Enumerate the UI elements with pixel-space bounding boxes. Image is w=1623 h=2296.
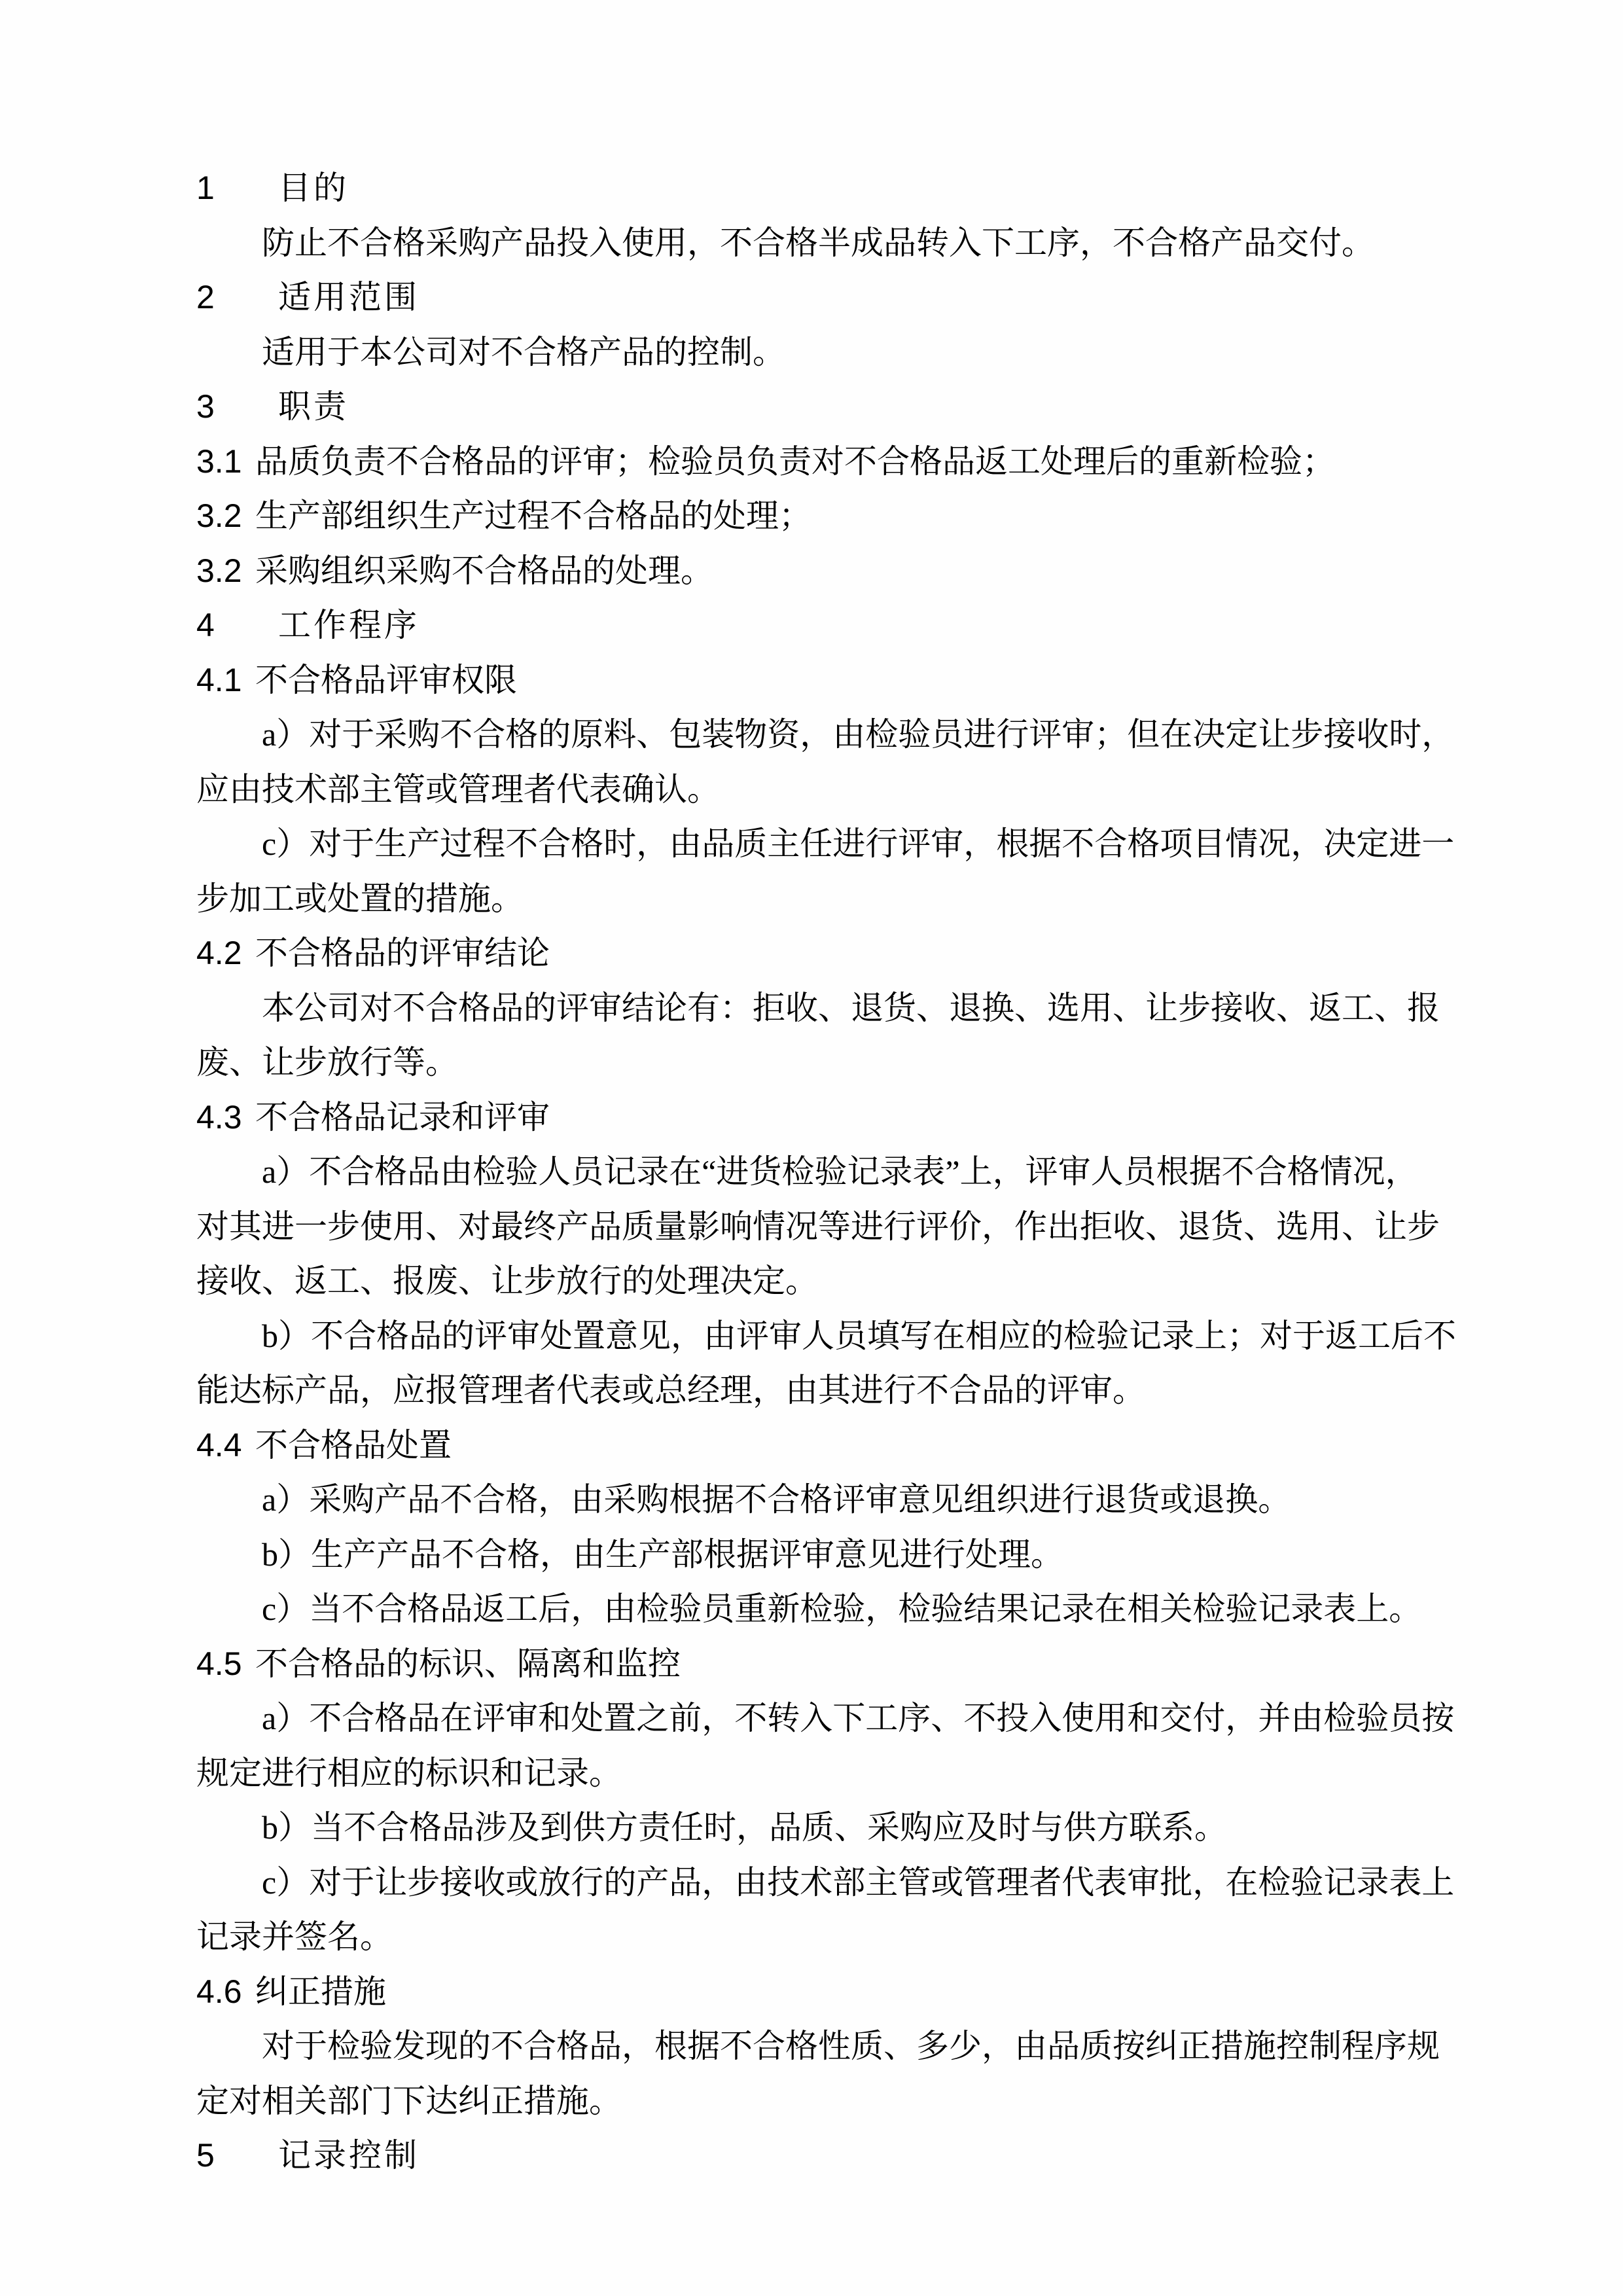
paragraph-line: a）不合格品由检验人员记录在“进货检验记录表”上，评审人员根据不合格情况， <box>196 1145 1433 1200</box>
section-number: 4.3 <box>196 1090 255 1145</box>
line-text: b）当不合格品涉及到供方责任时，品质、采购应及时与供方联系。 <box>262 1809 1227 1846</box>
paragraph-line: 能达标产品，应报管理者代表或总经理，由其进行不合品的评审。 <box>196 1363 1433 1418</box>
line-text: 对其进一步使用、对最终产品质量影响情况等进行评价，作出拒收、退货、选用、让步 <box>196 1208 1440 1245</box>
section-number: 4.2 <box>196 926 255 981</box>
section-heading: 3职责 <box>196 380 1433 435</box>
paragraph-line: b）生产产品不合格，由生产部根据评审意见进行处理。 <box>196 1528 1433 1583</box>
paragraph-line: 定对相关部门下达纠正措施。 <box>196 2074 1433 2129</box>
section-number: 3.1 <box>196 435 255 490</box>
subsection-heading: 3.1品质负责不合格品的评审；检验员负责对不合格品返工处理后的重新检验； <box>196 435 1433 490</box>
paragraph-line: 规定进行相应的标识和记录。 <box>196 1746 1433 1801</box>
section-number: 1 <box>196 161 278 216</box>
section-number: 4.1 <box>196 653 255 708</box>
subsection-heading: 4.1不合格品评审权限 <box>196 653 1433 708</box>
line-text: b）生产产品不合格，由生产部根据评审意见进行处理。 <box>262 1536 1063 1573</box>
section-number: 5 <box>196 2128 278 2183</box>
paragraph-line: 废、让步放行等。 <box>196 1035 1433 1090</box>
section-number: 3.2 <box>196 544 255 599</box>
paragraph-line: a）采购产品不合格，由采购根据不合格评审意见组织进行退货或退换。 <box>196 1473 1433 1528</box>
paragraph-line: 记录并签名。 <box>196 1910 1433 1965</box>
line-text: 采购组织采购不合格品的处理。 <box>255 552 713 589</box>
line-text: 工作程序 <box>278 607 419 643</box>
line-text: c）对于生产过程不合格时，由品质主任进行评审，根据不合格项目情况，决定进一 <box>262 825 1454 862</box>
paragraph-line: a）不合格品在评审和处置之前，不转入下工序、不投入使用和交付，并由检验员按 <box>196 1691 1433 1746</box>
line-text: 记录控制 <box>278 2137 419 2174</box>
paragraph-line: c）当不合格品返工后，由检验员重新检验，检验结果记录在相关检验记录表上。 <box>196 1582 1433 1637</box>
section-heading: 4工作程序 <box>196 598 1433 653</box>
line-text: 不合格品的标识、隔离和监控 <box>255 1645 681 1682</box>
subsection-heading: 4.2不合格品的评审结论 <box>196 926 1433 981</box>
paragraph-line: 适用于本公司对不合格产品的控制。 <box>196 325 1433 380</box>
section-heading: 5记录控制 <box>196 2128 1433 2183</box>
section-number: 4.4 <box>196 1418 255 1473</box>
line-text: b）不合格品的评审处置意见，由评审人员填写在相应的检验记录上；对于返工后不 <box>262 1318 1456 1354</box>
paragraph-line: 对其进一步使用、对最终产品质量影响情况等进行评价，作出拒收、退货、选用、让步 <box>196 1200 1433 1255</box>
paragraph-line: 应由技术部主管或管理者代表确认。 <box>196 762 1433 817</box>
subsection-heading: 4.3不合格品记录和评审 <box>196 1090 1433 1145</box>
section-number: 4.6 <box>196 1965 255 2020</box>
line-text: 记录并签名。 <box>196 1918 393 1955</box>
paragraph-line: c）对于生产过程不合格时，由品质主任进行评审，根据不合格项目情况，决定进一 <box>196 817 1433 872</box>
section-number: 4 <box>196 598 278 653</box>
document-page: 1目的防止不合格采购产品投入使用，不合格半成品转入下工序，不合格产品交付。2适用… <box>0 0 1623 2296</box>
paragraph-line: b）当不合格品涉及到供方责任时，品质、采购应及时与供方联系。 <box>196 1801 1433 1856</box>
paragraph-line: 本公司对不合格品的评审结论有：拒收、退货、退换、选用、让步接收、返工、报 <box>196 981 1433 1036</box>
line-text: 不合格品评审权限 <box>255 662 517 698</box>
paragraph-line: 防止不合格采购产品投入使用，不合格半成品转入下工序，不合格产品交付。 <box>196 216 1433 271</box>
line-text: 生产部组织生产过程不合格品的处理； <box>255 497 811 534</box>
line-text: a）采购产品不合格，由采购根据不合格评审意见组织进行退货或退换。 <box>262 1481 1291 1518</box>
line-text: 应由技术部主管或管理者代表确认。 <box>196 771 720 808</box>
line-text: 防止不合格采购产品投入使用，不合格半成品转入下工序，不合格产品交付。 <box>262 224 1374 261</box>
paragraph-line: 步加工或处置的措施。 <box>196 872 1433 927</box>
paragraph-line: 接收、返工、报废、让步放行的处理决定。 <box>196 1254 1433 1309</box>
line-text: a）对于采购不合格的原料、包装物资，由检验员进行评审；但在决定让步接收时， <box>262 716 1454 753</box>
line-text: c）当不合格品返工后，由检验员重新检验，检验结果记录在相关检验记录表上。 <box>262 1590 1421 1627</box>
line-text: 品质负责不合格品的评审；检验员负责对不合格品返工处理后的重新检验； <box>255 443 1335 480</box>
line-text: 能达标产品，应报管理者代表或总经理，由其进行不合品的评审。 <box>196 1372 1145 1408</box>
line-text: a）不合格品在评审和处置之前，不转入下工序、不投入使用和交付，并由检验员按 <box>262 1700 1454 1736</box>
section-heading: 1目的 <box>196 161 1433 216</box>
line-text: 对于检验发现的不合格品，根据不合格性质、多少，由品质按纠正措施控制程序规 <box>262 2028 1440 2064</box>
line-text: 废、让步放行等。 <box>196 1044 458 1081</box>
line-text: 适用范围 <box>278 279 419 315</box>
line-text: 纠正措施 <box>255 1973 386 2010</box>
subsection-heading: 4.6纠正措施 <box>196 1965 1433 2020</box>
line-text: 接收、返工、报废、让步放行的处理决定。 <box>196 1263 818 1299</box>
section-number: 3 <box>196 380 278 435</box>
line-text: 定对相关部门下达纠正措施。 <box>196 2083 622 2119</box>
subsection-heading: 3.2生产部组织生产过程不合格品的处理； <box>196 489 1433 544</box>
paragraph-line: a）对于采购不合格的原料、包装物资，由检验员进行评审；但在决定让步接收时， <box>196 708 1433 762</box>
section-number: 4.5 <box>196 1637 255 1692</box>
subsection-heading: 3.2采购组织采购不合格品的处理。 <box>196 544 1433 599</box>
line-text: 不合格品的评审结论 <box>255 935 550 971</box>
document-body: 1目的防止不合格采购产品投入使用，不合格半成品转入下工序，不合格产品交付。2适用… <box>196 161 1433 2183</box>
line-text: 步加工或处置的措施。 <box>196 880 524 917</box>
paragraph-line: c）对于让步接收或放行的产品，由技术部主管或管理者代表审批，在检验记录表上 <box>196 1856 1433 1910</box>
section-heading: 2适用范围 <box>196 270 1433 325</box>
subsection-heading: 4.5不合格品的标识、隔离和监控 <box>196 1637 1433 1692</box>
section-number: 2 <box>196 270 278 325</box>
line-text: 不合格品处置 <box>255 1427 452 1463</box>
subsection-heading: 4.4不合格品处置 <box>196 1418 1433 1473</box>
paragraph-line: b）不合格品的评审处置意见，由评审人员填写在相应的检验记录上；对于返工后不 <box>196 1309 1433 1364</box>
line-text: 适用于本公司对不合格产品的控制。 <box>262 334 785 370</box>
line-text: 不合格品记录和评审 <box>255 1099 550 1136</box>
line-text: 目的 <box>278 170 349 206</box>
section-number: 3.2 <box>196 489 255 544</box>
line-text: 职责 <box>278 388 349 425</box>
line-text: c）对于让步接收或放行的产品，由技术部主管或管理者代表审批，在检验记录表上 <box>262 1864 1454 1901</box>
line-text: 本公司对不合格品的评审结论有：拒收、退货、退换、选用、让步接收、返工、报 <box>262 990 1440 1026</box>
line-text: 规定进行相应的标识和记录。 <box>196 1755 622 1791</box>
paragraph-line: 对于检验发现的不合格品，根据不合格性质、多少，由品质按纠正措施控制程序规 <box>196 2019 1433 2074</box>
line-text: a）不合格品由检验人员记录在“进货检验记录表”上，评审人员根据不合格情况， <box>262 1153 1418 1190</box>
